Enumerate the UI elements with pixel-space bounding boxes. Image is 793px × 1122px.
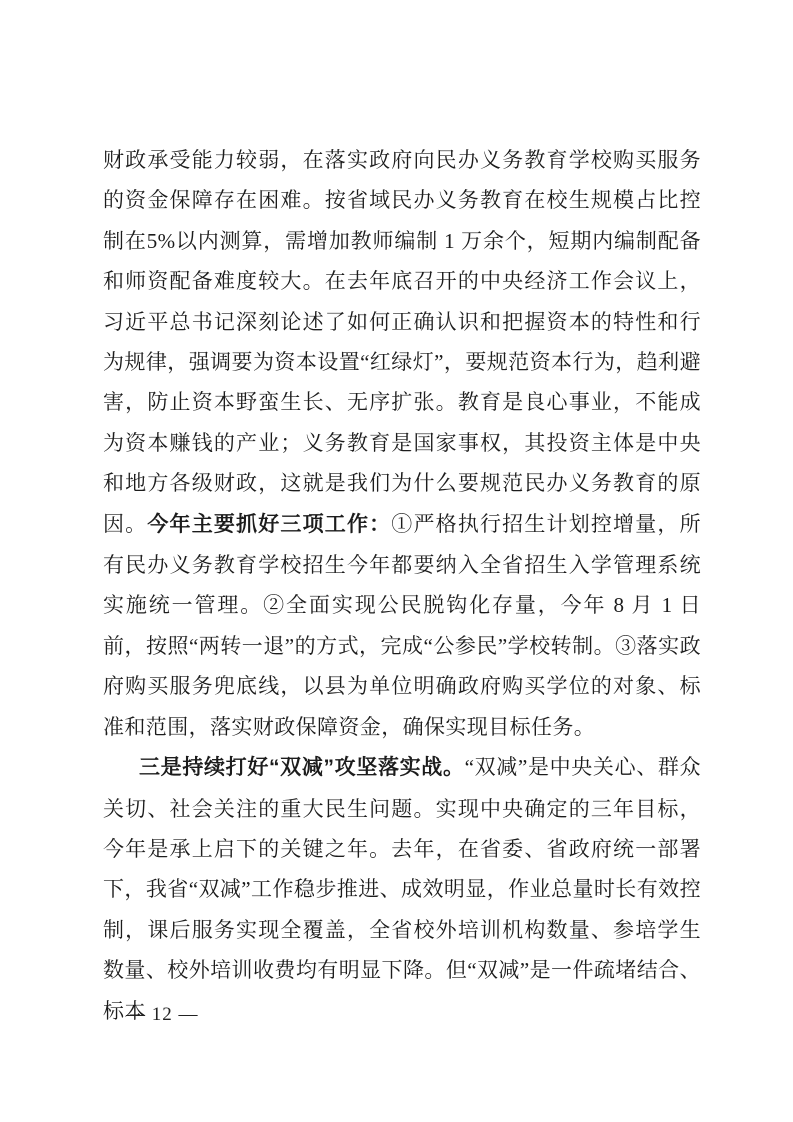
page-number: — 12 — <box>126 1002 199 1028</box>
text-block: 财政承受能力较弱，在落实政府向民办义务教育学校购买服务的资金保障存在困难。按省域… <box>103 140 701 1031</box>
bold-text-segment: 三是持续打好“双减”攻坚落实战。 <box>139 756 465 779</box>
document-page: 财政承受能力较弱，在落实政府向民办义务教育学校购买服务的资金保障存在困难。按省域… <box>0 0 793 1122</box>
text-segment: “双减”是中央关心、群众关切、社会关注的重大民生问题。实现中央确定的三年目标，今… <box>103 755 701 1022</box>
text-segment: ①严格执行招生计划控增量，所有民办义务教育学校招生今年都要纳入全省招生入学管理系… <box>103 512 701 739</box>
paragraph: 三是持续打好“双减”攻坚落实战。“双减”是中央关心、群众关切、社会关注的重大民生… <box>103 747 701 1031</box>
paragraph: 财政承受能力较弱，在落实政府向民办义务教育学校购买服务的资金保障存在困难。按省域… <box>103 140 701 747</box>
text-segment: 财政承受能力较弱，在落实政府向民办义务教育学校购买服务的资金保障存在困难。按省域… <box>103 148 701 536</box>
bold-text-segment: 今年主要抓好三项工作： <box>147 513 391 536</box>
